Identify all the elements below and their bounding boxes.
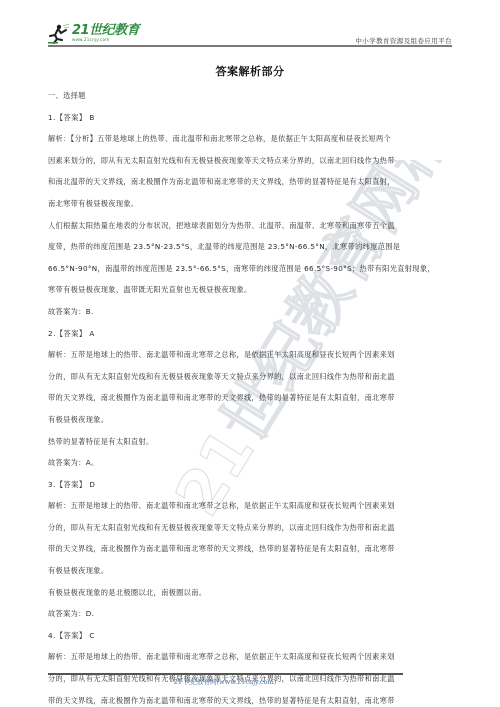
footer-divider [48,673,403,675]
text-line: 有极昼极夜现象的是北极圈以北，南极圈以南。 [48,582,452,604]
text-line: 带的天文界线，南北极圈作为南北温带和南北寒带的天文界线，热带的显著特征是有太阳直… [48,538,452,560]
text-line: 故答案为：D. [48,603,452,625]
text-line: 因素来划分的，即从有无太阳直射光线和有无极昼极夜现象等天文特点来分界的，以南北回… [48,150,452,172]
text-line: 和南北温带的天文界线，南北极圈作为南北温带和南北寒带的天文界线，热带的显著特征是… [48,171,452,193]
text-line: 分的，即从有无太阳直射光线和有无极昼极夜现象等天文特点来分界的，以南北回归线作为… [48,517,452,539]
text-line: 分的，即从有无太阳直射光线和有无极昼极夜现象等天文特点来分界的，以南北回归线作为… [48,366,452,388]
text-line: 带的天文界线，南北极圈作为南北温带和南北寒带的天文界线，热带的显著特征是有太阳直… [48,690,452,707]
text-line: 有极昼极夜现象。 [48,409,452,431]
answer-heading: 4.【答案】 C [48,625,452,647]
logo-title: 21世纪教育 [72,24,139,37]
text-line: 有极昼极夜现象。 [48,560,452,582]
text-line: 故答案为：B. [48,301,452,323]
section-heading: 一、选择题 [48,85,452,107]
text-line: 热带的显著特征是有太阳直射。 [48,431,452,453]
document-page: 21世纪教育 www.21cnjy.com 中小学教育资源及组卷应用平台 21世… [0,0,500,707]
page-header: 21世纪教育 www.21cnjy.com 中小学教育资源及组卷应用平台 [48,24,452,46]
text-line: 人们根据太阳热量在地表的分布状况，把地球表面划分为热带、北温带、南温带、北寒带和… [48,215,452,237]
text-line: 带的天文界线，南北极圈作为南北温带和南北寒带的天文界线，热带的显著特征是有太阳直… [48,387,452,409]
text-line: 南北寒带有极昼极夜现象。 [48,193,452,215]
text-line: 解析：五带是地球上的热带、南北温带和南北寒带之总称，是依据正午太阳高度和昼夜长短… [48,495,452,517]
answer-heading: 3.【答案】 D [48,474,452,496]
text-line: 度带，热带的纬度范围是 23.5°N-23.5°S，北温带的纬度范围是 23.5… [48,236,452,258]
site-logo: 21世纪教育 www.21cnjy.com [48,24,139,44]
runner-logo-icon [48,24,70,44]
answer-heading: 2.【答案】 A [48,323,452,345]
text-line: 66.5°N-90°N，南温带的纬度范围是 23.5°-66.5°S，南寒带的纬… [48,258,452,280]
text-line: 解析：五带是地球上的热带、南北温带和南北寒带之总称，是依据正午太阳高度和昼夜长短… [48,646,452,668]
text-line: 解析：五带是地球上的热带、南北温带和南北寒带之总称，是依据正午太阳高度和昼夜长短… [48,344,452,366]
header-divider [48,45,452,47]
platform-name: 中小学教育资源及组卷应用平台 [355,36,452,45]
document-title: 答案解析部分 [0,63,500,79]
answer-content: 一、选择题1.【答案】 B解析：【分析】五带是地球上的热带、南北温带和南北寒带之… [48,85,452,707]
answer-heading: 1.【答案】 B [48,107,452,129]
footer-text: 21 世纪教育网(www.21cnjy.com) [0,677,450,686]
text-line: 解析：【分析】五带是地球上的热带、南北温带和南北寒带之总称，是依据正午太阳高度和… [48,128,452,150]
text-line: 故答案为：A。 [48,452,452,474]
text-line: 寒带有极昼极夜现象，温带既无阳光直射也无极昼极夜现象。 [48,279,452,301]
